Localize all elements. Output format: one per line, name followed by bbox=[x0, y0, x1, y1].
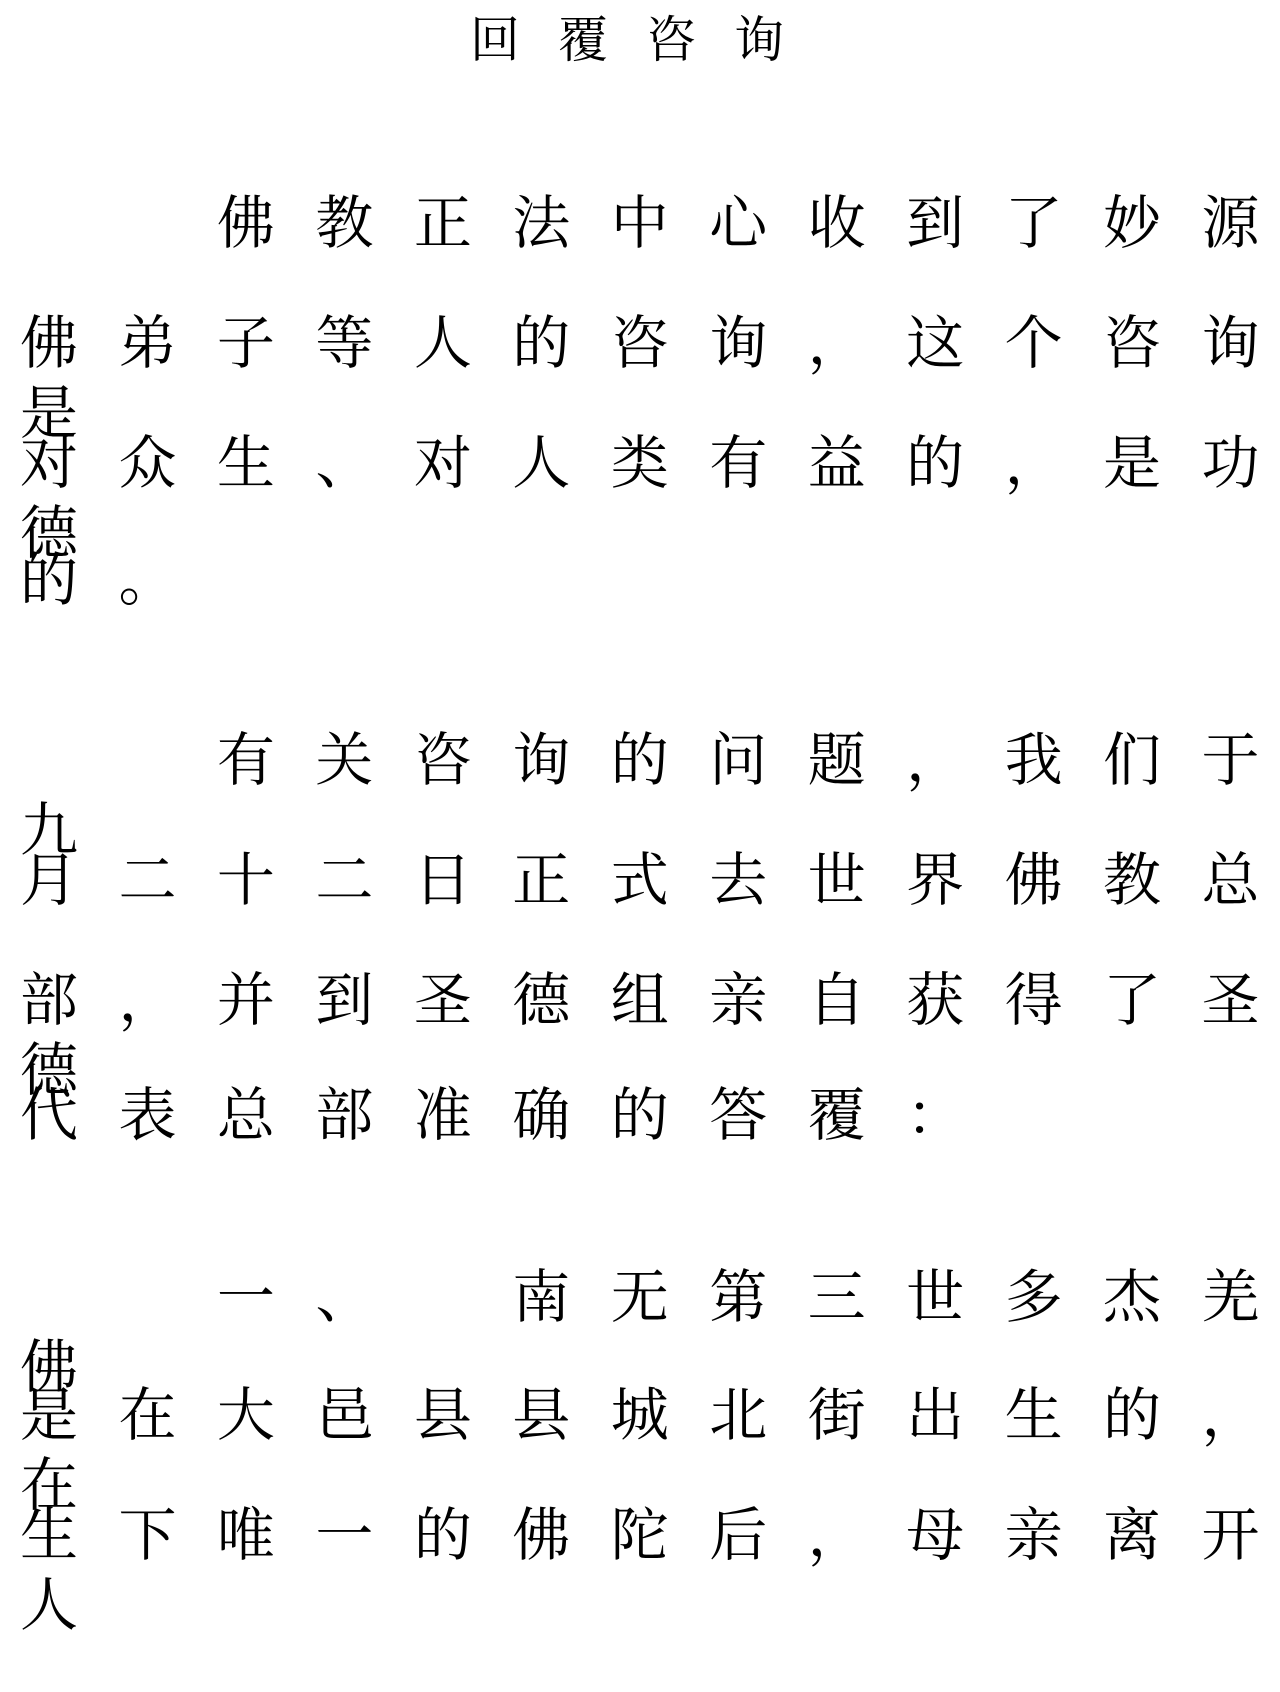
text-char: ， bbox=[98, 965, 196, 1035]
text-char: 询 bbox=[1182, 308, 1280, 378]
text-char: 等 bbox=[295, 308, 393, 378]
text-char: 邑 bbox=[295, 1380, 393, 1450]
text-char: 是 bbox=[0, 1380, 98, 1450]
text-char: 是 bbox=[1083, 428, 1181, 498]
text-char: 人 bbox=[394, 308, 492, 378]
text-char: 益 bbox=[788, 428, 886, 498]
text-char: 覆 bbox=[788, 1080, 886, 1150]
text-char: 这 bbox=[886, 308, 984, 378]
text-char: 对 bbox=[394, 428, 492, 498]
text-char: 在 bbox=[98, 1380, 196, 1450]
text-char: 唯 bbox=[197, 1500, 295, 1570]
text-char: 并 bbox=[197, 965, 295, 1035]
text-char: 北 bbox=[689, 1380, 787, 1450]
text-char: 街 bbox=[788, 1380, 886, 1450]
text-char: 的 bbox=[591, 725, 689, 795]
text-char: 组 bbox=[591, 965, 689, 1035]
text-char: 中 bbox=[591, 188, 689, 258]
text-char: 十 bbox=[197, 845, 295, 915]
text-char: 南 bbox=[492, 1262, 590, 1332]
text-line: 佛弟子等人的咨询，这个咨询是 bbox=[0, 308, 1280, 378]
text-char: 获 bbox=[886, 965, 984, 1035]
text-char: 的 bbox=[492, 308, 590, 378]
text-char: 大 bbox=[197, 1380, 295, 1450]
text-char: 县 bbox=[492, 1380, 590, 1450]
text-line: 对众生、对人类有益的，是功德 bbox=[0, 428, 1280, 498]
text-char: 的 bbox=[591, 1080, 689, 1150]
text-char: 题 bbox=[788, 725, 886, 795]
text-char: 月 bbox=[0, 845, 98, 915]
text-char: 关 bbox=[295, 725, 393, 795]
text-char: 日 bbox=[394, 845, 492, 915]
text-char: 源 bbox=[1182, 188, 1280, 258]
text-char: ： bbox=[886, 1080, 984, 1150]
text-char: 母 bbox=[886, 1500, 984, 1570]
text-char: 咨 bbox=[1083, 308, 1181, 378]
text-char: 二 bbox=[295, 845, 393, 915]
text-char: ， bbox=[788, 308, 886, 378]
text-char: 去 bbox=[689, 845, 787, 915]
text-char: 第 bbox=[689, 1262, 787, 1332]
document-title: 回覆咨询 bbox=[470, 10, 784, 70]
text-char: 圣 bbox=[1182, 965, 1280, 1035]
text-char: 收 bbox=[788, 188, 886, 258]
title-char: 询 bbox=[734, 10, 784, 70]
text-char bbox=[0, 725, 98, 795]
text-char: 世 bbox=[788, 845, 886, 915]
title-char: 回 bbox=[470, 10, 520, 70]
text-char: 答 bbox=[689, 1080, 787, 1150]
text-char: 界 bbox=[886, 845, 984, 915]
text-char: 有 bbox=[689, 428, 787, 498]
text-char: 的 bbox=[0, 545, 98, 615]
text-char: 对 bbox=[0, 428, 98, 498]
text-char: 个 bbox=[985, 308, 1083, 378]
text-char: 部 bbox=[0, 965, 98, 1035]
text-char: 城 bbox=[591, 1380, 689, 1450]
text-char: 我 bbox=[985, 725, 1083, 795]
text-char: 正 bbox=[492, 845, 590, 915]
text-char bbox=[98, 725, 196, 795]
text-char bbox=[98, 188, 196, 258]
text-char bbox=[98, 1262, 196, 1332]
text-char: 询 bbox=[689, 308, 787, 378]
text-char: 杰 bbox=[1083, 1262, 1181, 1332]
text-char: 无 bbox=[591, 1262, 689, 1332]
text-char: 一 bbox=[295, 1500, 393, 1570]
text-char bbox=[394, 1262, 492, 1332]
text-char: 多 bbox=[985, 1262, 1083, 1332]
text-char: 功 bbox=[1182, 428, 1280, 498]
text-char: 教 bbox=[295, 188, 393, 258]
text-char: ， bbox=[886, 725, 984, 795]
text-char: 后 bbox=[689, 1500, 787, 1570]
text-char: 得 bbox=[985, 965, 1083, 1035]
text-char: 有 bbox=[197, 725, 295, 795]
text-line: 佛教正法中心收到了妙源 bbox=[0, 188, 1280, 258]
text-char: 咨 bbox=[591, 308, 689, 378]
text-char: 代 bbox=[0, 1080, 98, 1150]
text-char: 了 bbox=[985, 188, 1083, 258]
text-line: 有关咨询的问题，我们于九 bbox=[0, 725, 1280, 795]
text-char: 表 bbox=[98, 1080, 196, 1150]
text-char: 问 bbox=[689, 725, 787, 795]
text-char: 的 bbox=[886, 428, 984, 498]
text-char: 德 bbox=[492, 965, 590, 1035]
text-char: 县 bbox=[394, 1380, 492, 1450]
text-char: 下 bbox=[98, 1500, 196, 1570]
text-char: 佛 bbox=[492, 1500, 590, 1570]
text-char: 的 bbox=[394, 1500, 492, 1570]
text-char: ， bbox=[1182, 1380, 1280, 1450]
text-char: 法 bbox=[492, 188, 590, 258]
text-char: 、 bbox=[295, 1262, 393, 1332]
text-char: 类 bbox=[591, 428, 689, 498]
text-char: 众 bbox=[98, 428, 196, 498]
text-char: 教 bbox=[1083, 845, 1181, 915]
text-char: 到 bbox=[295, 965, 393, 1035]
text-char: 羌 bbox=[1182, 1262, 1280, 1332]
text-char: 开 bbox=[1182, 1500, 1280, 1570]
text-char: 咨 bbox=[394, 725, 492, 795]
text-char: 到 bbox=[886, 188, 984, 258]
text-char: 离 bbox=[1083, 1500, 1181, 1570]
text-char: 佛 bbox=[197, 188, 295, 258]
text-char: 正 bbox=[394, 188, 492, 258]
text-char: 人 bbox=[0, 1570, 98, 1640]
text-char: 式 bbox=[591, 845, 689, 915]
text-char: 佛 bbox=[985, 845, 1083, 915]
text-char: 准 bbox=[394, 1080, 492, 1150]
text-char: 亲 bbox=[985, 1500, 1083, 1570]
text-char bbox=[0, 188, 98, 258]
text-char: 总 bbox=[1182, 845, 1280, 915]
text-char: 人 bbox=[492, 428, 590, 498]
text-char: 的 bbox=[1083, 1380, 1181, 1450]
text-char: 陀 bbox=[591, 1500, 689, 1570]
text-char: 生 bbox=[985, 1380, 1083, 1450]
text-char: 生 bbox=[0, 1500, 98, 1570]
text-char: 自 bbox=[788, 965, 886, 1035]
text-char: ， bbox=[985, 428, 1083, 498]
text-char: 总 bbox=[197, 1080, 295, 1150]
text-char: 出 bbox=[886, 1380, 984, 1450]
text-char: 确 bbox=[492, 1080, 590, 1150]
text-char bbox=[0, 1262, 98, 1332]
text-char: 心 bbox=[689, 188, 787, 258]
text-char: 子 bbox=[197, 308, 295, 378]
text-line: 代表总部准确的答覆： bbox=[0, 1080, 1280, 1150]
text-line: 生下唯一的佛陀后，母亲离开人 bbox=[0, 1500, 1280, 1570]
text-char: 一 bbox=[197, 1262, 295, 1332]
text-line: 部，并到圣德组亲自获得了圣德 bbox=[0, 965, 1280, 1035]
text-char: 了 bbox=[1083, 965, 1181, 1035]
text-char: 亲 bbox=[689, 965, 787, 1035]
text-char: 生 bbox=[197, 428, 295, 498]
text-line: 是在大邑县县城北街出生的，在 bbox=[0, 1380, 1280, 1450]
text-char: 部 bbox=[295, 1080, 393, 1150]
title-char: 覆 bbox=[558, 10, 608, 70]
text-char: 世 bbox=[886, 1262, 984, 1332]
text-char: 佛 bbox=[0, 308, 98, 378]
text-char: 询 bbox=[492, 725, 590, 795]
text-char: 三 bbox=[788, 1262, 886, 1332]
text-char: 于 bbox=[1182, 725, 1280, 795]
text-char: 圣 bbox=[394, 965, 492, 1035]
text-line: 的。 bbox=[0, 545, 1280, 615]
title-char: 咨 bbox=[646, 10, 696, 70]
text-char: 二 bbox=[98, 845, 196, 915]
text-line: 月二十二日正式去世界佛教总 bbox=[0, 845, 1280, 915]
text-char: 妙 bbox=[1083, 188, 1181, 258]
text-char: 弟 bbox=[98, 308, 196, 378]
text-char: 、 bbox=[295, 428, 393, 498]
text-line: 一、南无第三世多杰羌佛 bbox=[0, 1262, 1280, 1332]
text-char: 。 bbox=[98, 545, 196, 615]
text-char: ， bbox=[788, 1500, 886, 1570]
text-char: 们 bbox=[1083, 725, 1181, 795]
